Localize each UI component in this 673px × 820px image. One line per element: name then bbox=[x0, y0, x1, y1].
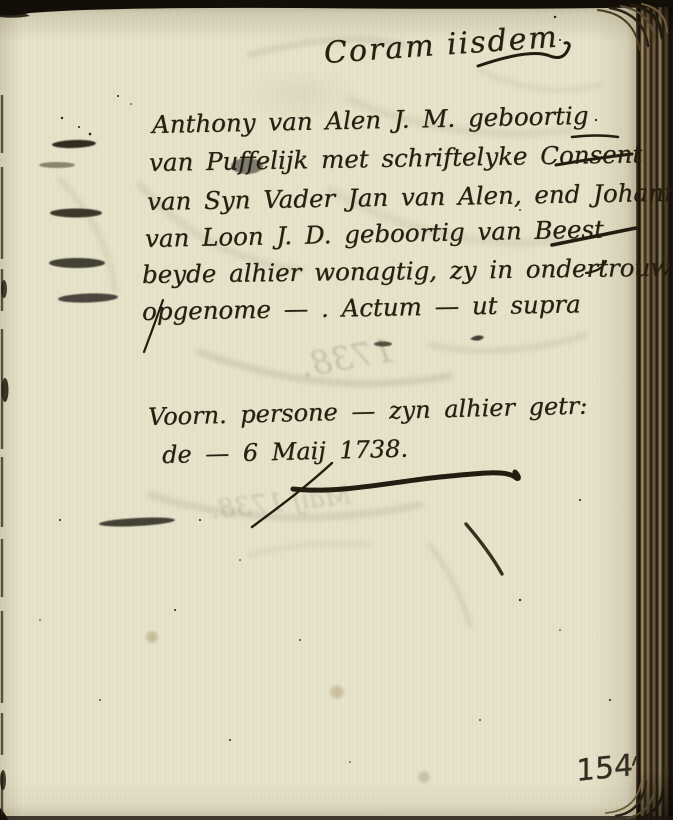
page-corner-curves-top bbox=[598, 4, 667, 50]
top-edge bbox=[0, 0, 673, 18]
page-number: 154 bbox=[576, 748, 633, 789]
bottom-edge bbox=[0, 808, 673, 820]
manuscript-scan: 1738. Maij 1738. Coram iisdem Anthony va… bbox=[0, 0, 673, 820]
left-edge-marks bbox=[0, 95, 9, 815]
page-corner-curves-bottom bbox=[606, 782, 663, 819]
